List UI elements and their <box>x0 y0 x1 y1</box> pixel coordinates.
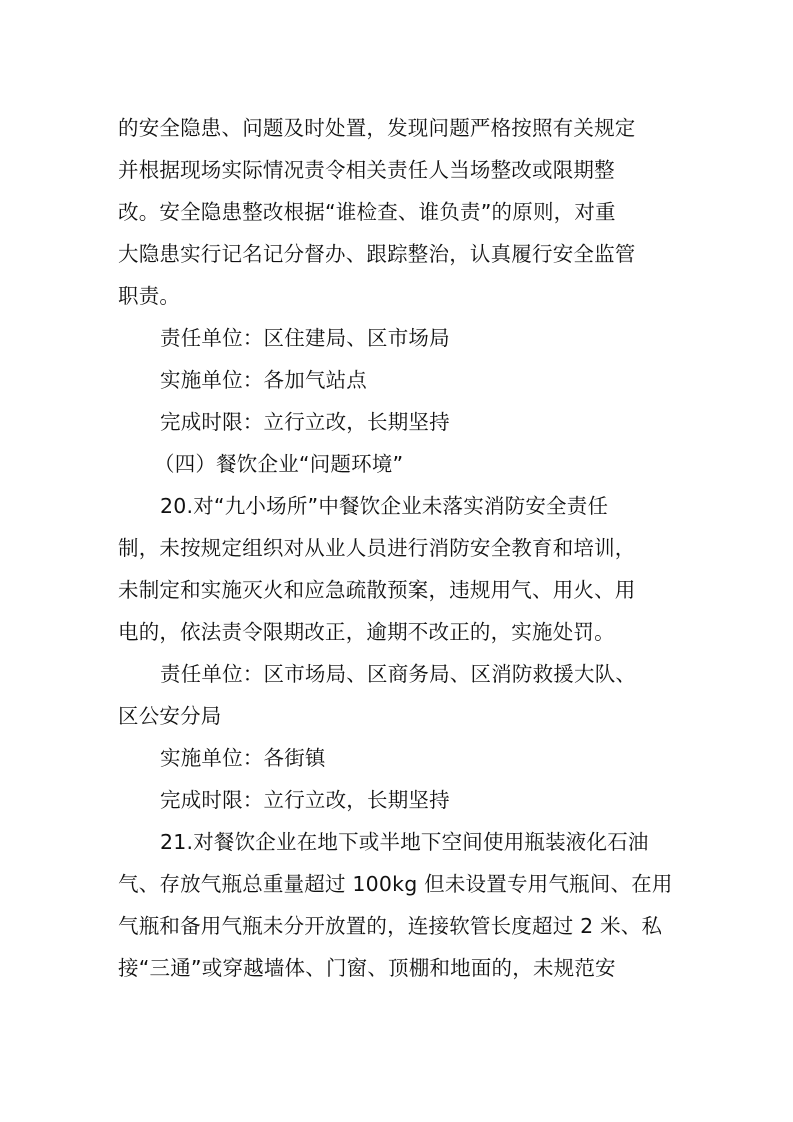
responsible-unit-line: 责任单位：区住建局、区市场局 <box>118 317 678 359</box>
implementing-unit-line: 实施单位：各街镇 <box>118 737 678 779</box>
implementing-unit-line: 实施单位：各加气站点 <box>118 359 678 401</box>
paragraph-line: 气、存放气瓶总重量超过 100kg 但未设置专用气瓶间、在用 <box>118 863 678 905</box>
item-21-line: 21.对餐饮企业在地下或半地下空间使用瓶装液化石油 <box>118 821 678 863</box>
paragraph-line: 职责。 <box>118 275 678 317</box>
paragraph-line: 的安全隐患、问题及时处置，发现问题严格按照有关规定 <box>118 107 678 149</box>
responsible-unit-line: 责任单位：区市场局、区商务局、区消防救援大队、 <box>118 653 678 695</box>
deadline-line: 完成时限：立行立改，长期坚持 <box>118 779 678 821</box>
paragraph-line: 并根据现场实际情况责令相关责任人当场整改或限期整 <box>118 149 678 191</box>
paragraph-line: 气瓶和备用气瓶未分开放置的，连接软管长度超过 2 米、私 <box>118 905 678 947</box>
paragraph-line: 大隐患实行记名记分督办、跟踪整治，认真履行安全监管 <box>118 233 678 275</box>
paragraph-line: 改。安全隐患整改根据“谁检查、谁负责”的原则，对重 <box>118 191 678 233</box>
document-page: 的安全隐患、问题及时处置，发现问题严格按照有关规定 并根据现场实际情况责令相关责… <box>0 0 793 1122</box>
document-body: 的安全隐患、问题及时处置，发现问题严格按照有关规定 并根据现场实际情况责令相关责… <box>118 107 678 989</box>
paragraph-line: 未制定和实施灭火和应急疏散预案，违规用气、用火、用 <box>118 569 678 611</box>
paragraph-line: 接“三通”或穿越墙体、门窗、顶棚和地面的，未规范安 <box>118 947 678 989</box>
paragraph-line: 制，未按规定组织对从业人员进行消防安全教育和培训， <box>118 527 678 569</box>
paragraph-line: 电的，依法责令限期改正，逾期不改正的，实施处罚。 <box>118 611 678 653</box>
deadline-line: 完成时限：立行立改，长期坚持 <box>118 401 678 443</box>
item-20-line: 20.对“九小场所”中餐饮企业未落实消防安全责任 <box>118 485 678 527</box>
section-heading: （四）餐饮企业“问题环境” <box>118 443 678 485</box>
responsible-unit-continuation: 区公安分局 <box>118 695 678 737</box>
